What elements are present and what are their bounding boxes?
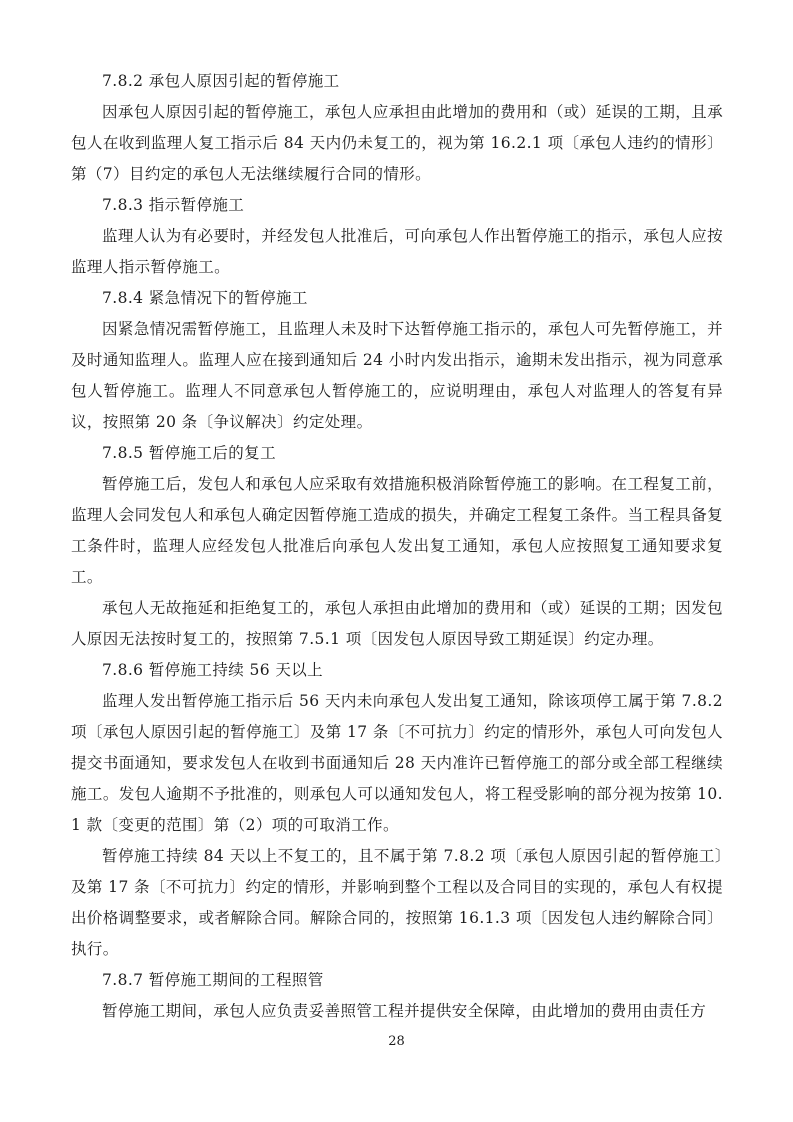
page-number: 28	[388, 1034, 405, 1049]
document-page: 7.8.2 承包人原因引起的暂停施工 因承包人原因引起的暂停施工，承包人应承担由…	[0, 0, 793, 1122]
document-body: 7.8.2 承包人原因引起的暂停施工 因承包人原因引起的暂停施工，承包人应承担由…	[71, 66, 723, 1027]
paragraph: 暂停施工后，发包人和承包人应采取有效措施积极消除暂停施工的影响。在工程复工前，监…	[71, 469, 723, 593]
section-heading-7-8-5: 7.8.5 暂停施工后的复工	[71, 438, 723, 469]
paragraph: 监理人认为有必要时，并经发包人批准后，可向承包人作出暂停施工的指示，承包人应按监…	[71, 221, 723, 283]
section-heading-7-8-7: 7.8.7 暂停施工期间的工程照管	[71, 965, 723, 996]
paragraph: 监理人发出暂停施工指示后 56 天内未向承包人发出复工通知，除该项停工属于第 7…	[71, 686, 723, 841]
paragraph: 承包人无故拖延和拒绝复工的，承包人承担由此增加的费用和（或）延误的工期；因发包人…	[71, 593, 723, 655]
section-heading-7-8-2: 7.8.2 承包人原因引起的暂停施工	[71, 66, 723, 97]
paragraph: 因承包人原因引起的暂停施工，承包人应承担由此增加的费用和（或）延误的工期，且承包…	[71, 97, 723, 190]
section-heading-7-8-3: 7.8.3 指示暂停施工	[71, 190, 723, 221]
section-heading-7-8-4: 7.8.4 紧急情况下的暂停施工	[71, 283, 723, 314]
paragraph: 暂停施工期间，承包人应负责妥善照管工程并提供安全保障，由此增加的费用由责任方	[71, 996, 723, 1027]
paragraph: 暂停施工持续 84 天以上不复工的，且不属于第 7.8.2 项〔承包人原因引起的…	[71, 841, 723, 965]
page-footer: 28	[0, 1032, 793, 1052]
section-heading-7-8-6: 7.8.6 暂停施工持续 56 天以上	[71, 655, 723, 686]
paragraph: 因紧急情况需暂停施工，且监理人未及时下达暂停施工指示的，承包人可先暂停施工，并及…	[71, 314, 723, 438]
